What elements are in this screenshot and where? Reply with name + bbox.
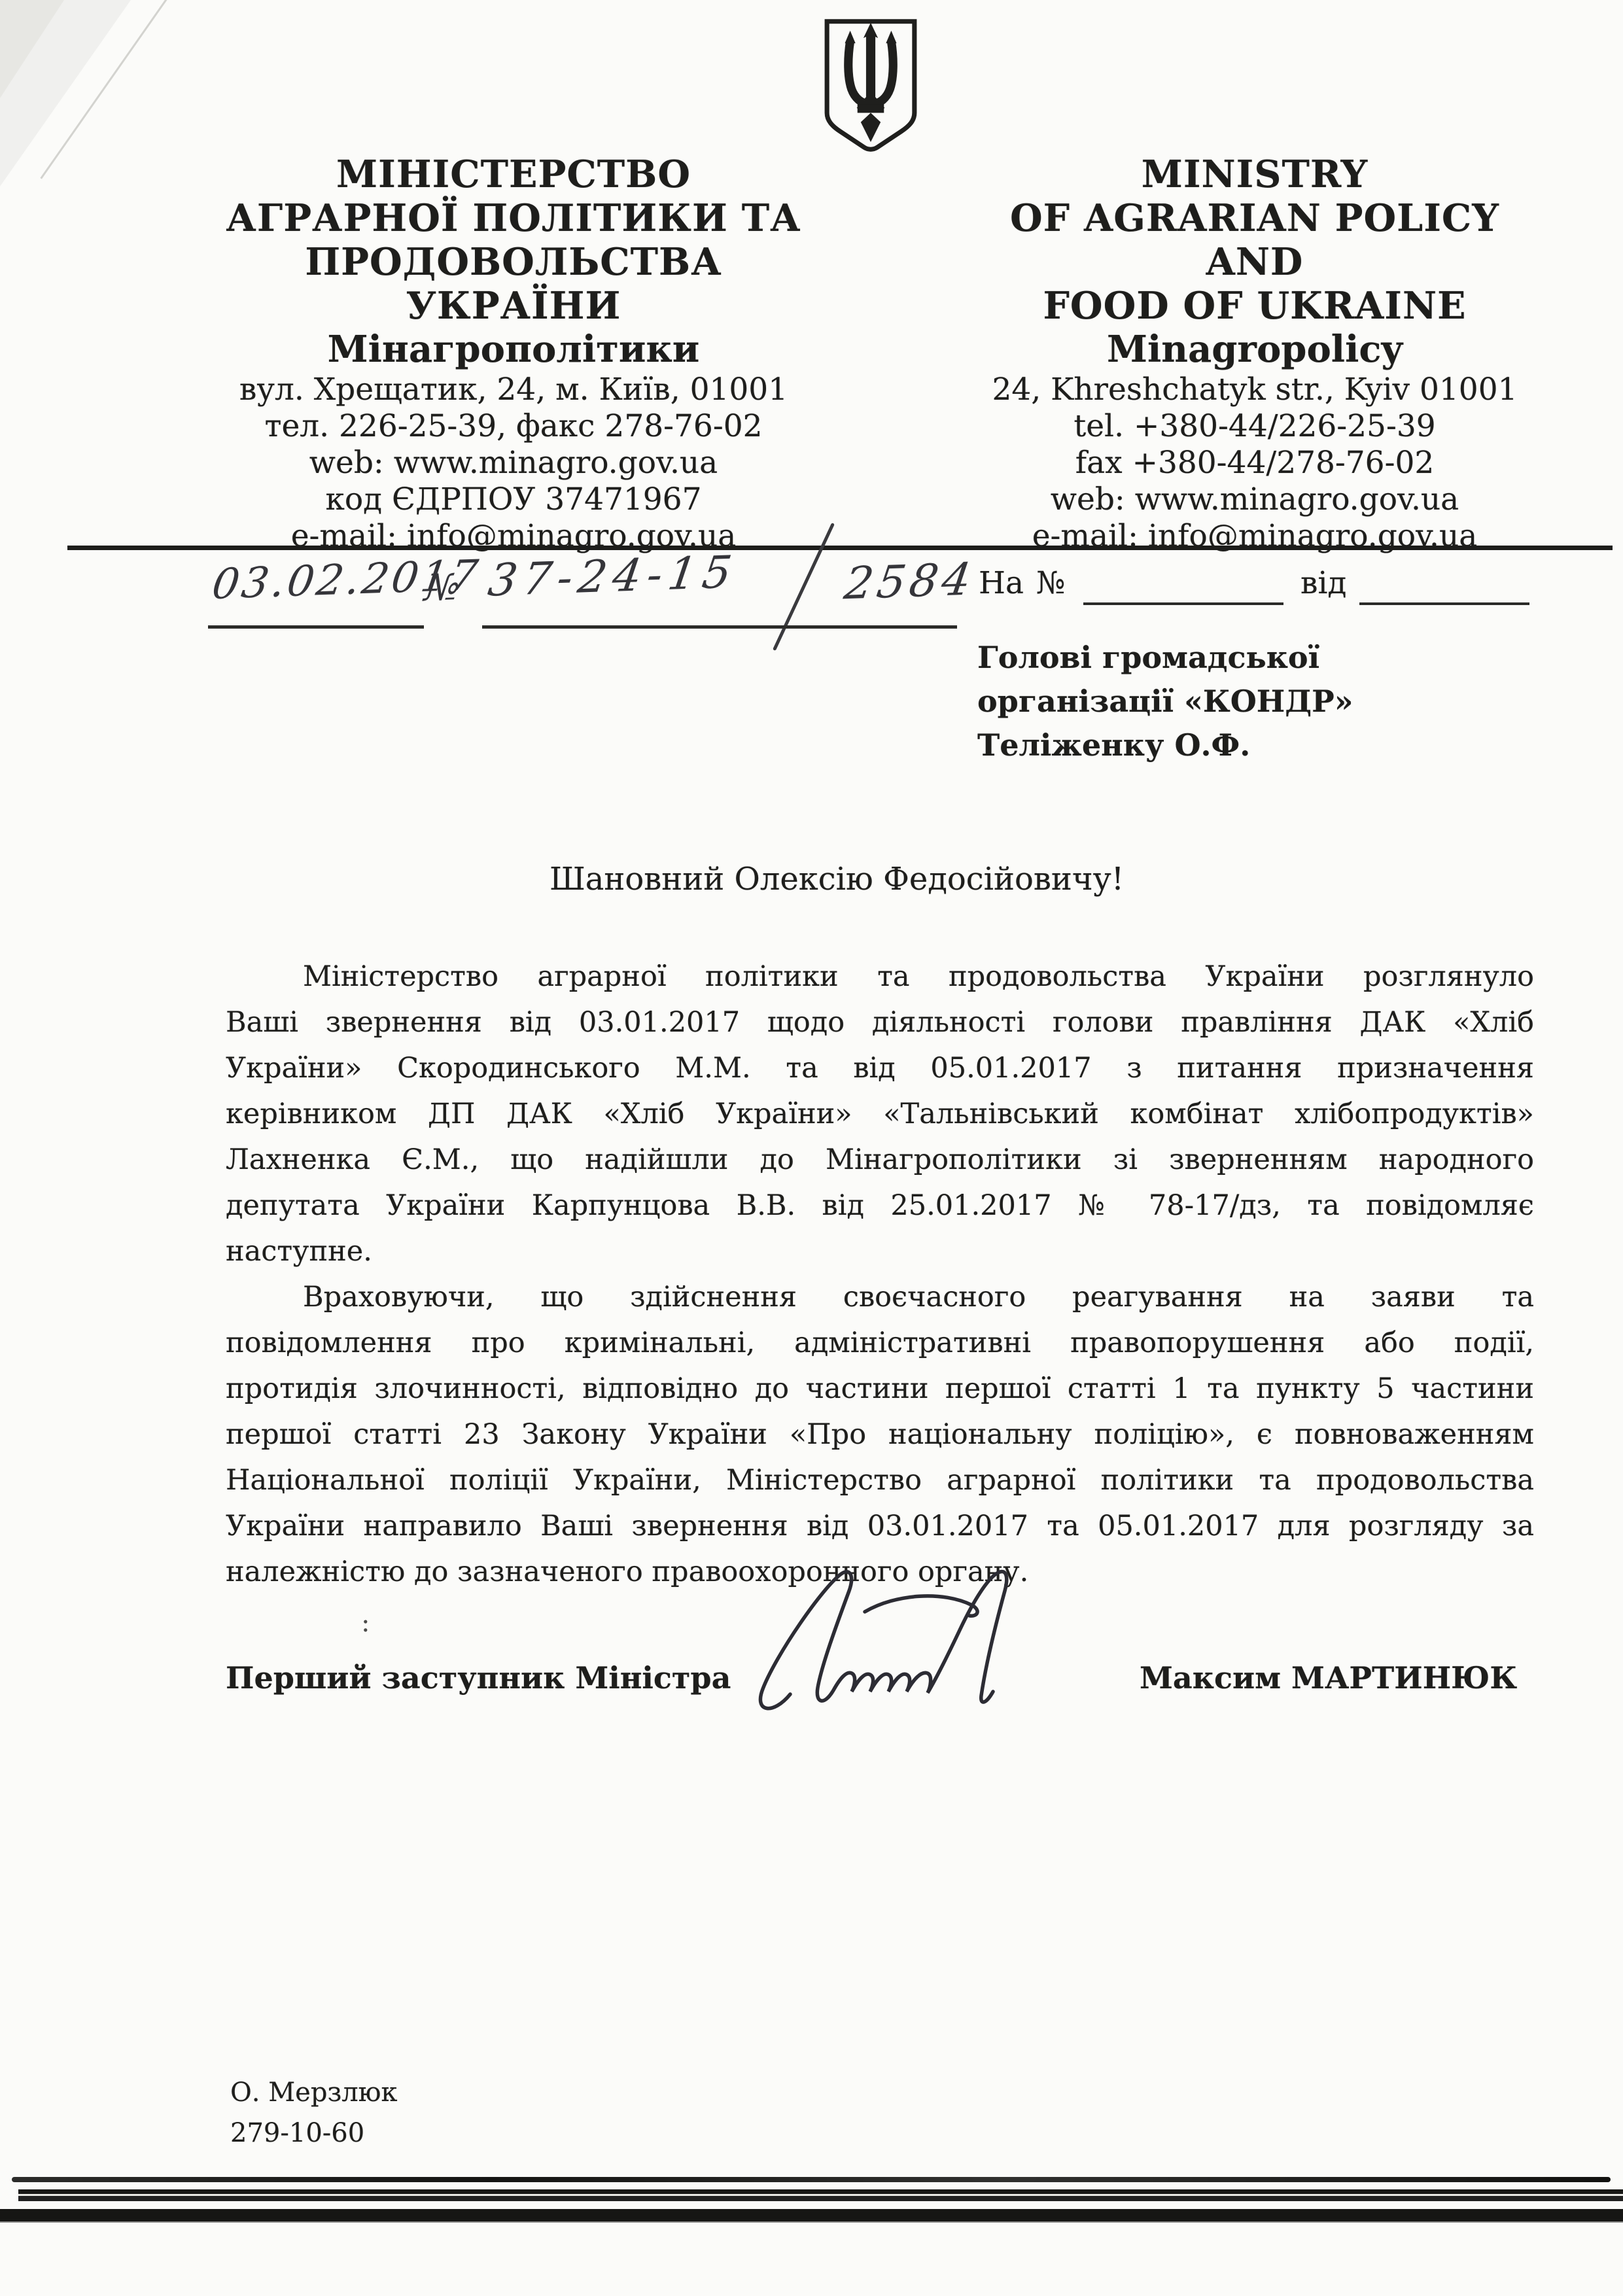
letter-page: МІНІСТЕРСТВО АГРАРНОЇ ПОЛІТИКИ ТА ПРОДОВ… xyxy=(0,0,1623,2296)
ministry-title-line: OF AGRARIAN POLICY AND xyxy=(960,196,1549,284)
reply-ref-number-sign: № xyxy=(1036,565,1065,601)
ministry-title-line: АГРАРНОЇ ПОЛІТИКИ ТА xyxy=(196,196,831,240)
scan-artifact-bar xyxy=(0,2209,1623,2221)
body-line: першої статті 23 Закону України «Про нац… xyxy=(226,1412,1534,1457)
addressee-line: організації «КОНДР» xyxy=(977,680,1353,723)
blank-underline xyxy=(1359,602,1529,605)
outgoing-number-sign-handwritten: № xyxy=(422,566,462,610)
address-line: web: www.minagro.gov.ua xyxy=(196,445,831,481)
letter-body: Міністерство аграрної політики та продов… xyxy=(226,954,1534,1595)
body-line: Враховуючи, що здійснення своєчасного ре… xyxy=(226,1274,1534,1320)
ministry-title-line: FOOD OF UKRAINE xyxy=(960,284,1549,328)
body-line: Міністерство аграрної політики та продов… xyxy=(226,954,1534,1000)
ministry-header-uk: МІНІСТЕРСТВО АГРАРНОЇ ПОЛІТИКИ ТА ПРОДОВ… xyxy=(196,152,831,555)
signature-autograph xyxy=(713,1556,1106,1732)
address-line: web: www.minagro.gov.ua xyxy=(960,481,1549,518)
addressee-line: Теліженку О.Ф. xyxy=(977,723,1353,767)
body-line: Національної поліції України, Міністерст… xyxy=(226,1457,1534,1503)
addressee-block: Голові громадської організації «КОНДР» Т… xyxy=(977,636,1353,767)
addressee-line: Голові громадської xyxy=(977,636,1353,680)
body-line: протидія злочинності, відповідно до част… xyxy=(226,1366,1534,1412)
body-line: наступне. xyxy=(226,1228,1534,1274)
address-line: код ЄДРПОУ 37471967 xyxy=(196,481,831,518)
outgoing-number-handwritten: 37-24-15 xyxy=(485,546,741,606)
body-line: керівником ДП ДАК «Хліб України» «Тальні… xyxy=(226,1091,1534,1137)
ministry-title-line: ПРОДОВОЛЬСТВА УКРАЇНИ xyxy=(196,240,831,328)
ministry-short-name: Minagropolicy xyxy=(960,328,1549,372)
reply-ref-label-vid: від xyxy=(1300,565,1346,601)
address-line: тел. 226-25-39, факс 278-76-02 xyxy=(196,408,831,445)
page-corner-fold-inner xyxy=(0,0,64,98)
body-line: повідомлення про кримінальні, адміністра… xyxy=(226,1320,1534,1366)
body-line: депутата України Карпунцова В.В. від 25.… xyxy=(226,1183,1534,1228)
ukraine-coat-of-arms-icon xyxy=(820,16,921,154)
blank-underline xyxy=(482,625,957,629)
reply-ref-label-na: На xyxy=(979,565,1024,601)
body-line: України» Скородинського М.М. та від 05.0… xyxy=(226,1045,1534,1091)
signatory-name: Максим МАРТИНЮК xyxy=(1140,1660,1517,1696)
executor-name: О. Мерзлюк xyxy=(230,2078,398,2108)
address-line: 24, Khreshchatyk str., Kyiv 01001 xyxy=(960,372,1549,408)
ministry-title-line: MINISTRY xyxy=(960,152,1549,196)
salutation: Шановний Олексію Федосійовичу! xyxy=(550,861,1124,897)
ministry-short-name: Мінагрополітики xyxy=(196,328,831,372)
body-line: Ваші звернення від 03.01.2017 щодо діяль… xyxy=(226,1000,1534,1045)
scan-artifact-bar xyxy=(12,2177,1611,2182)
address-line: fax +380-44/278-76-02 xyxy=(960,445,1549,481)
stray-scan-mark: : xyxy=(361,1608,370,1638)
address-line: вул. Хрещатик, 24, м. Київ, 01001 xyxy=(196,372,831,408)
scan-artifact-bar xyxy=(18,2189,1623,2201)
address-line: tel. +380-44/226-25-39 xyxy=(960,408,1549,445)
header-divider-line xyxy=(67,546,1613,550)
executor-phone: 279-10-60 xyxy=(230,2118,364,2148)
body-line: Лахненка Є.М., що надійшли до Мінагропол… xyxy=(226,1137,1534,1183)
outgoing-number-suffix-handwritten: 2584 xyxy=(841,554,978,610)
ministry-header-en: MINISTRY OF AGRARIAN POLICY AND FOOD OF … xyxy=(960,152,1549,555)
body-line: України направило Ваші звернення від 03.… xyxy=(226,1503,1534,1549)
blank-underline xyxy=(208,625,424,629)
ministry-title-line: МІНІСТЕРСТВО xyxy=(196,152,831,196)
blank-underline xyxy=(1083,602,1283,605)
signatory-position: Перший заступник Міністра xyxy=(226,1660,731,1696)
